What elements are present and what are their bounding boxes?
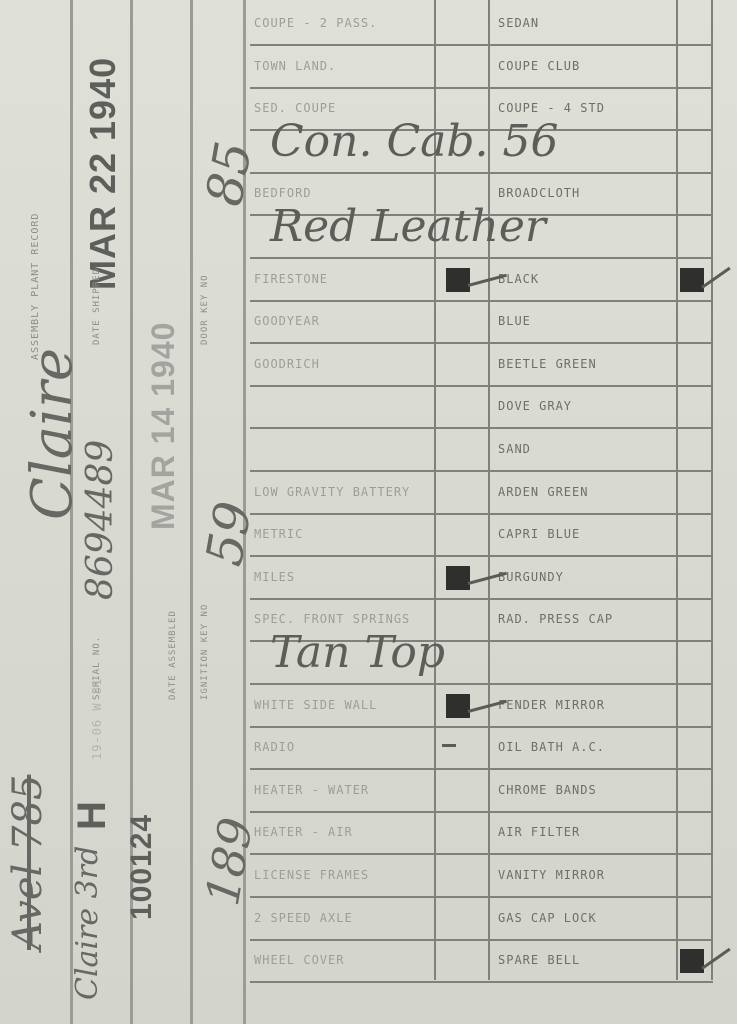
option-right-label: CAPRI BLUE xyxy=(498,513,674,555)
option-left-label: GOODRICH xyxy=(254,343,434,385)
table-row: HEATER - WATERCHROME BANDS xyxy=(250,769,713,813)
handwritten-name: Claire xyxy=(20,348,85,520)
table-row: DOVE GRAY xyxy=(250,385,713,429)
table-row: HEATER - AIRAIR FILTER xyxy=(250,811,713,855)
table-row xyxy=(250,982,713,1024)
option-right-label: BEETLE GREEN xyxy=(498,343,674,385)
table-row: RADIOOIL BATH A.C. xyxy=(250,726,713,770)
option-left-label xyxy=(254,385,434,427)
handwritten-entry: Tan Top xyxy=(270,627,445,678)
option-left-label: FIRESTONE xyxy=(254,258,434,300)
option-left-label: LICENSE FRAMES xyxy=(254,854,434,896)
table-row: WHEEL COVERSPARE BELL xyxy=(250,939,713,983)
option-left-label xyxy=(254,982,434,1024)
check-mark-icon xyxy=(446,694,470,718)
table-row: Tan Top xyxy=(250,641,713,685)
option-left-label: COUPE - 2 PASS. xyxy=(254,2,434,44)
ship-date: MAR 22 1940 xyxy=(82,57,124,290)
table-row: 2 SPEED AXLEGAS CAP LOCK xyxy=(250,897,713,941)
table-row: METRICCAPRI BLUE xyxy=(250,513,713,557)
assembled-date: MAR 14 1940 xyxy=(145,322,182,530)
serial-number: 8694489 xyxy=(80,440,121,600)
column-rule xyxy=(190,0,193,1024)
model-letter: H xyxy=(70,800,115,830)
option-left-label: GOODYEAR xyxy=(254,300,434,342)
model-code: 19-06 W 81 xyxy=(90,678,104,760)
table-row: WHITE SIDE WALLFENDER MIRROR xyxy=(250,684,713,728)
table-row: MILESBURGUNDY xyxy=(250,556,713,600)
option-left-label: HEATER - WATER xyxy=(254,769,434,811)
option-right-label: CHROME BANDS xyxy=(498,769,674,811)
table-row: LOW GRAVITY BATTERYARDEN GREEN xyxy=(250,471,713,515)
option-right-label: SAND xyxy=(498,428,674,470)
table-row: Red Leather xyxy=(250,215,713,259)
table-row: SAND xyxy=(250,428,713,472)
ignition-key-label: IGNITION KEY NO xyxy=(200,604,210,700)
crossed-out-text: Avel 785 xyxy=(5,775,51,950)
plant-record-card: ASSEMBLY PLANT RECORD MAR 22 1940 DATE S… xyxy=(0,0,737,1024)
card-title: ASSEMBLY PLANT RECORD xyxy=(30,213,41,360)
check-mark-icon xyxy=(446,268,470,292)
table-row: LICENSE FRAMESVANITY MIRROR xyxy=(250,854,713,898)
option-right-label: DOVE GRAY xyxy=(498,385,674,427)
table-row: FIRESTONEBLACK xyxy=(250,258,713,302)
option-right-label: SEDAN xyxy=(498,2,674,44)
option-right-label: BURGUNDY xyxy=(498,556,674,598)
option-right-label xyxy=(498,982,674,1024)
handwritten-entry: Con. Cab. 56 xyxy=(270,116,559,167)
ship-date-label: DATE SHIPPED xyxy=(92,268,102,345)
option-right-label: OIL BATH A.C. xyxy=(498,726,674,768)
small-tick-icon xyxy=(442,744,456,747)
table-row: COUPE - 2 PASS.SEDAN xyxy=(250,2,713,46)
option-right-label: BLUE xyxy=(498,300,674,342)
option-left-label: 2 SPEED AXLE xyxy=(254,897,434,939)
option-right-label: VANITY MIRROR xyxy=(498,854,674,896)
option-right-label: RAD. PRESS CAP xyxy=(498,598,674,640)
option-left-label: WHITE SIDE WALL xyxy=(254,684,434,726)
option-left-label: RADIO xyxy=(254,726,434,768)
check-mark-icon xyxy=(680,949,704,973)
option-left-label: LOW GRAVITY BATTERY xyxy=(254,471,434,513)
option-right-label: GAS CAP LOCK xyxy=(498,897,674,939)
option-left-label xyxy=(254,428,434,470)
table-row: Con. Cab. 56 xyxy=(250,130,713,174)
option-left-label: METRIC xyxy=(254,513,434,555)
option-left-label: WHEEL COVER xyxy=(254,939,434,981)
option-left-label: MILES xyxy=(254,556,434,598)
check-mark-icon xyxy=(680,268,704,292)
check-stroke-icon xyxy=(701,948,731,970)
option-right-label: SPARE BELL xyxy=(498,939,674,981)
door-key-label: DOOR KEY NO xyxy=(200,274,210,345)
table-row: TOWN LAND.COUPE CLUB xyxy=(250,45,713,89)
option-left-label: HEATER - AIR xyxy=(254,811,434,853)
option-right-label: AIR FILTER xyxy=(498,811,674,853)
option-left-label: TOWN LAND. xyxy=(254,45,434,87)
handwritten-entry: Red Leather xyxy=(270,201,546,252)
assembled-date-label: DATE ASSEMBLED xyxy=(168,610,178,700)
table-row: GOODYEARBLUE xyxy=(250,300,713,344)
option-right-label: BLACK xyxy=(498,258,674,300)
check-mark-icon xyxy=(446,566,470,590)
body-number: 100124 xyxy=(125,814,159,920)
table-row: GOODRICHBEETLE GREEN xyxy=(250,343,713,387)
option-right-label: COUPE CLUB xyxy=(498,45,674,87)
option-right-label: FENDER MIRROR xyxy=(498,684,674,726)
option-right-label: ARDEN GREEN xyxy=(498,471,674,513)
check-stroke-icon xyxy=(701,266,731,288)
handwritten-bottom: Claire 3rd xyxy=(70,846,105,1000)
